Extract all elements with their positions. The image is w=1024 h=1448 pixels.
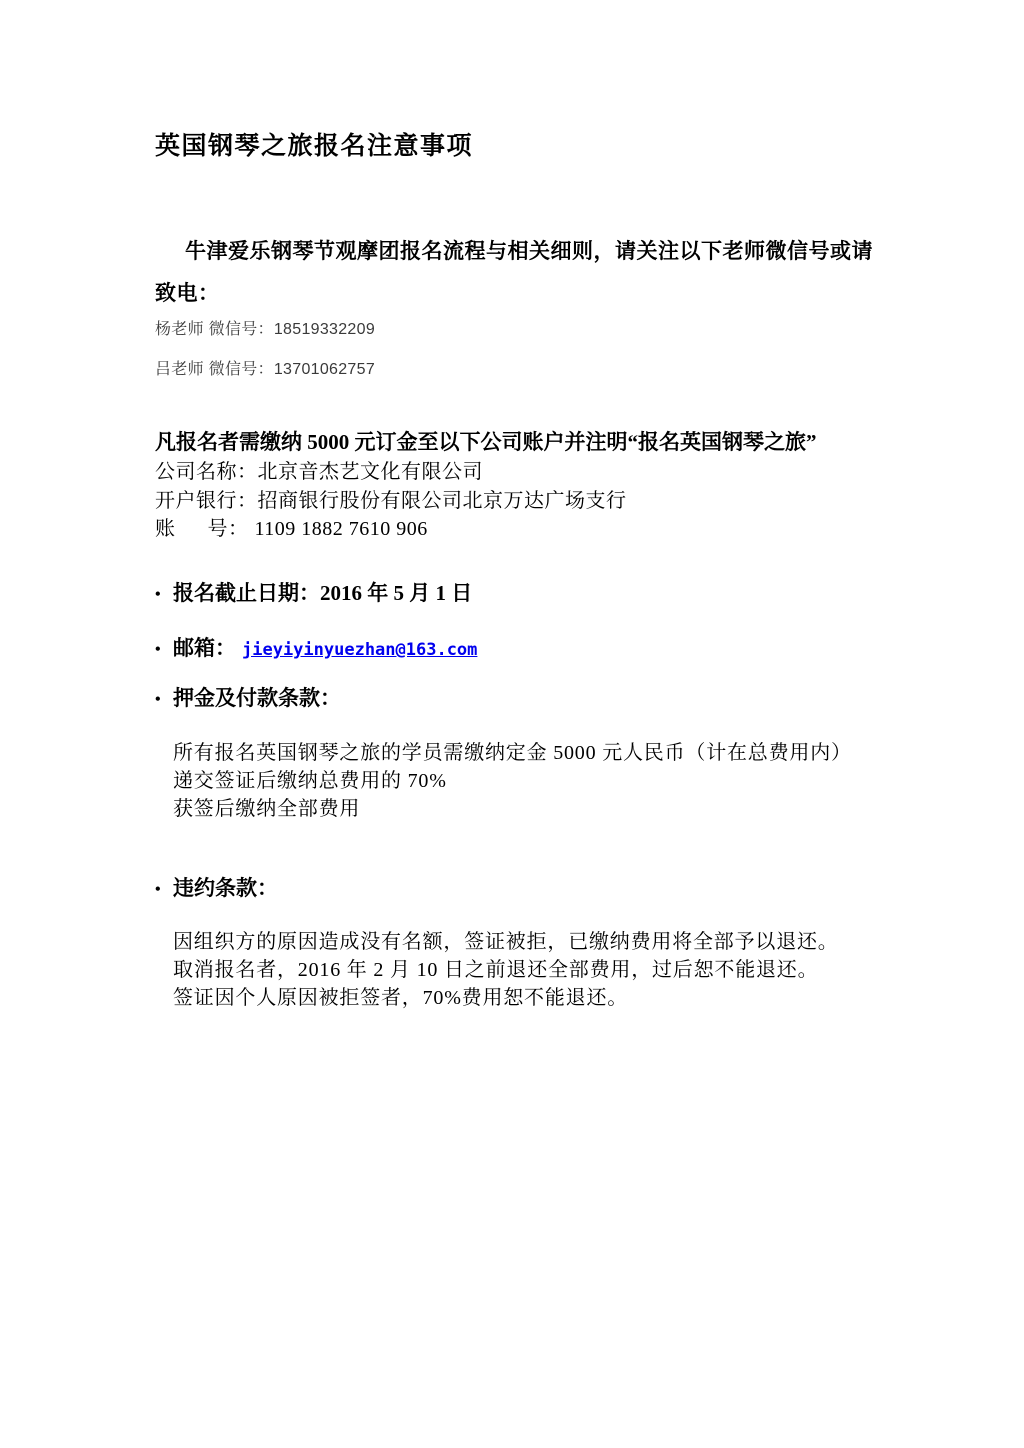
bullet-item-deadline: •报名截止日期：2016 年 5 月 1 日 [155, 580, 472, 608]
bullet-item-deposit-terms: •押金及付款条款： [155, 685, 341, 713]
deposit-payment-heading: 凡报名者需缴纳 5000 元订金至以下公司账户并注明“报名英国钢琴之旅” [155, 429, 817, 456]
breach-terms-paragraph: 因组织方的原因造成没有名额，签证被拒，已缴纳费用将全部予以退还。 取消报名者，2… [173, 928, 839, 1012]
intro-paragraph-line-2: 致电： [155, 280, 220, 307]
bullet-item-breach-terms: •违约条款： [155, 875, 278, 903]
email-label: 邮箱： [173, 636, 236, 660]
company-name-line: 公司名称：北京音杰艺文化有限公司 [155, 459, 483, 485]
deposit-terms-paragraph: 所有报名英国钢琴之旅的学员需缴纳定金 5000 元人民币（计在总费用内） 递交签… [173, 739, 852, 823]
breach-terms-line-2: 取消报名者，2016 年 2 月 10 日之前退还全部费用，过后恕不能退还。 [173, 956, 839, 984]
bank-branch-line: 开户银行：招商银行股份有限公司北京万达广场支行 [155, 488, 627, 514]
email-address-link[interactable]: jieyiyinyuezhan@163.com [242, 640, 477, 660]
bullet-icon: • [155, 686, 173, 713]
breach-terms-line-3: 签证因个人原因被拒签者，70%费用恕不能退还。 [173, 984, 839, 1012]
breach-terms-heading: 违约条款： [173, 876, 278, 900]
bullet-icon: • [155, 876, 173, 903]
bullet-item-email: •邮箱：jieyiyinyuezhan@163.com [155, 635, 477, 664]
contact-wechat-lv: 吕老师 微信号：13701062757 [155, 360, 375, 380]
account-number-value: 1109 1882 7610 906 [255, 518, 428, 540]
account-label-left: 账 [155, 518, 176, 540]
deposit-terms-line-1: 所有报名英国钢琴之旅的学员需缴纳定金 5000 元人民币（计在总费用内） [173, 739, 852, 767]
bullet-icon: • [155, 581, 173, 608]
intro-paragraph-line-1: 牛津爱乐钢琴节观摩团报名流程与相关细则，请关注以下老师微信号或请 [185, 238, 873, 265]
page-title: 英国钢琴之旅报名注意事项 [155, 132, 473, 162]
deposit-terms-line-3: 获签后缴纳全部费用 [173, 795, 852, 823]
bullet-icon: • [155, 636, 173, 663]
deposit-terms-heading: 押金及付款条款： [173, 686, 341, 710]
deadline-text: 报名截止日期：2016 年 5 月 1 日 [173, 581, 472, 605]
document-page: 英国钢琴之旅报名注意事项 牛津爱乐钢琴节观摩团报名流程与相关细则，请关注以下老师… [0, 0, 1024, 1448]
deposit-terms-line-2: 递交签证后缴纳总费用的 70% [173, 767, 852, 795]
contact-wechat-yang: 杨老师 微信号：18519332209 [155, 320, 375, 340]
account-number-line: 账号：1109 1882 7610 906 [155, 516, 428, 542]
account-label-right: 号： [208, 518, 249, 540]
breach-terms-line-1: 因组织方的原因造成没有名额，签证被拒，已缴纳费用将全部予以退还。 [173, 928, 839, 956]
